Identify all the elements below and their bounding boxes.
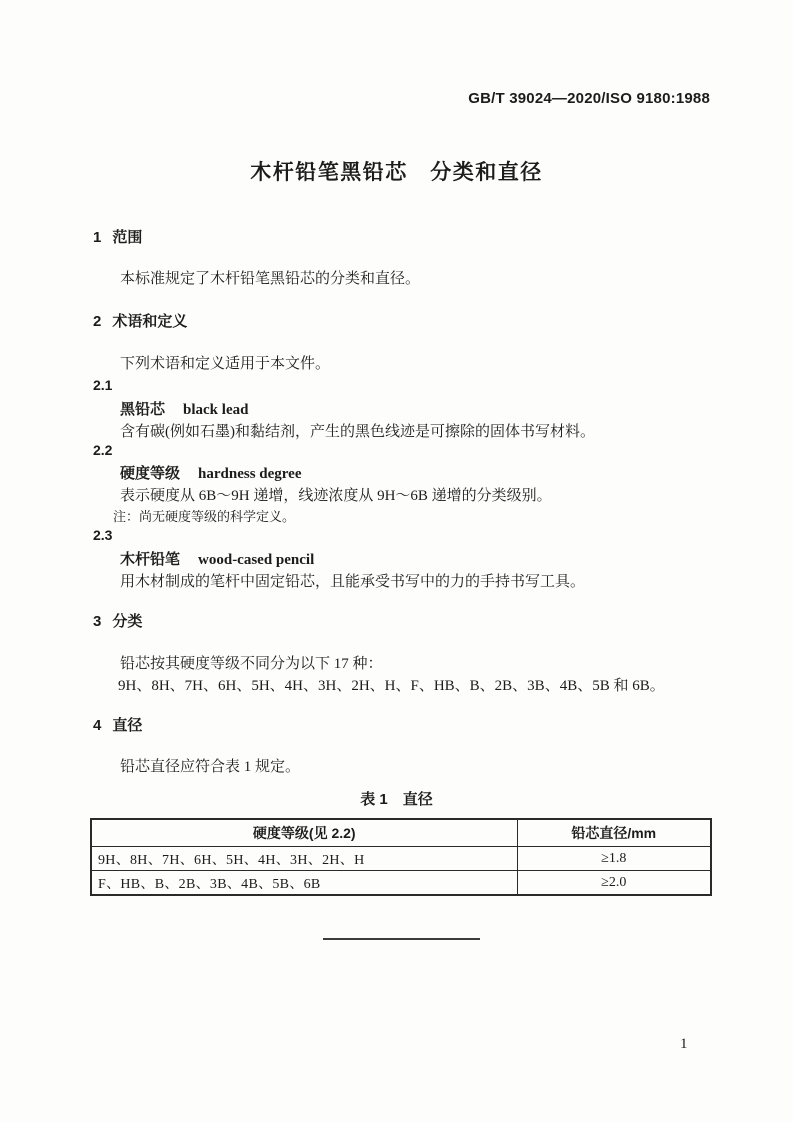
clause-2-1-number: 2.1	[93, 377, 112, 393]
term-black-lead-en: black lead	[183, 402, 248, 418]
term-wood-cased-pencil: 木杆铅笔wood-cased pencil	[120, 548, 314, 569]
table-row-h-grades: 9H、8H、7H、6H、5H、4H、3H、2H、H ≥1.8	[91, 847, 711, 871]
table-header-row: 硬度等级(见 2.2) 铅芯直径/mm	[91, 819, 711, 847]
document-title: 木杆铅笔黑铅芯 分类和直径	[0, 156, 793, 186]
term-hardness-degree-definition: 表示硬度从 6B～9H 递增，线迹浓度从 9H～6B 递增的分类级别。	[120, 484, 552, 505]
cell-b-diameter: ≥2.0	[517, 871, 711, 896]
clause-1-heading: 1范围	[93, 226, 142, 247]
hardness-degree-note: 注：尚无硬度等级的科学定义。	[113, 506, 295, 525]
clause-1-label: 范围	[112, 229, 142, 246]
term-hardness-degree: 硬度等级hardness degree	[120, 462, 302, 483]
table-header-hardness-grade: 硬度等级(见 2.2)	[91, 819, 517, 847]
clause-2-body: 下列术语和定义适用于本文件。	[120, 352, 330, 373]
end-of-document-line	[323, 938, 480, 940]
term-wood-cased-pencil-cn: 木杆铅笔	[120, 551, 180, 568]
clause-1-number: 1	[93, 229, 101, 246]
standard-number-header: GB/T 39024—2020/ISO 9180:1988	[468, 90, 710, 107]
clause-4-label: 直径	[112, 717, 142, 734]
cell-h-grades: 9H、8H、7H、6H、5H、4H、3H、2H、H	[91, 847, 517, 871]
page-number: 1	[680, 1036, 688, 1053]
cell-h-diameter: ≥1.8	[517, 847, 711, 871]
term-wood-cased-pencil-en: wood-cased pencil	[198, 552, 314, 568]
term-wood-cased-pencil-definition: 用木材制成的笔杆中固定铅芯，且能承受书写中的力的手持书写工具。	[120, 570, 585, 591]
clause-3-heading: 3分类	[93, 610, 142, 631]
table-header-lead-diameter: 铅芯直径/mm	[517, 819, 711, 847]
term-hardness-degree-cn: 硬度等级	[120, 465, 180, 482]
term-black-lead-cn: 黑铅芯	[120, 401, 165, 418]
table-row-b-grades: F、HB、B、2B、3B、4B、5B、6B ≥2.0	[91, 871, 711, 896]
table-1-diameter: 硬度等级(见 2.2) 铅芯直径/mm 9H、8H、7H、6H、5H、4H、3H…	[90, 818, 712, 896]
term-hardness-degree-en: hardness degree	[198, 466, 301, 482]
clause-4-heading: 4直径	[93, 714, 142, 735]
cell-b-grades: F、HB、B、2B、3B、4B、5B、6B	[91, 871, 517, 896]
clause-4-number: 4	[93, 717, 101, 734]
clause-2-label: 术语和定义	[112, 313, 187, 330]
clause-4-body: 铅芯直径应符合表 1 规定。	[120, 755, 300, 776]
clause-3-body-intro: 铅芯按其硬度等级不同分为以下 17 种：	[120, 652, 383, 673]
term-black-lead-definition: 含有碳(例如石墨)和黏结剂，产生的黑色线迹是可擦除的固体书写材料。	[120, 420, 595, 441]
clause-3-grade-list: 9H、8H、7H、6H、5H、4H、3H、2H、H、F、HB、B、2B、3B、4…	[118, 674, 665, 695]
clause-3-number: 3	[93, 613, 101, 630]
clause-1-body: 本标准规定了木杆铅笔黑铅芯的分类和直径。	[120, 267, 420, 288]
term-black-lead: 黑铅芯black lead	[120, 398, 248, 419]
clause-2-heading: 2术语和定义	[93, 310, 187, 331]
clause-2-2-number: 2.2	[93, 442, 112, 458]
clause-2-number: 2	[93, 313, 101, 330]
table-1-caption: 表 1 直径	[0, 788, 793, 809]
clause-3-label: 分类	[112, 613, 142, 630]
document-page: GB/T 39024—2020/ISO 9180:1988 木杆铅笔黑铅芯 分类…	[0, 0, 793, 1122]
clause-2-3-number: 2.3	[93, 527, 112, 543]
